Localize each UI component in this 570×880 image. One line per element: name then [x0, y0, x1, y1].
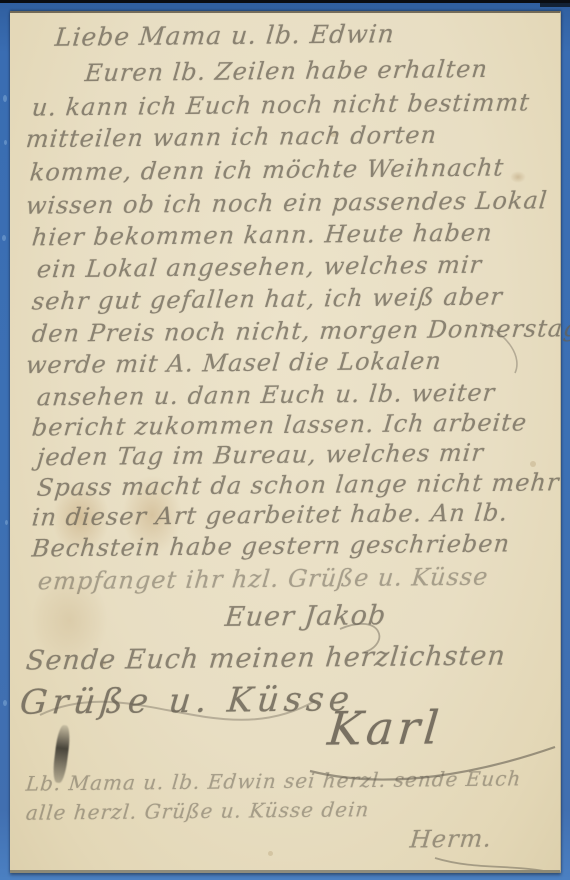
border-wear-speck — [3, 95, 7, 102]
handwriting-line: Euren lb. Zeilen habe erhalten — [84, 55, 490, 87]
border-wear-speck — [3, 700, 7, 706]
closing-line: Grüße u. Küsse — [18, 679, 356, 723]
handwriting-line: wissen ob ich noch ein passendes Lokal — [25, 186, 549, 219]
age-spot — [268, 851, 273, 856]
postscript-line: alle herzl. Grüße u. Küsse dein — [25, 797, 371, 825]
border-wear-speck — [4, 140, 7, 145]
handwriting-line: ein Lokal angesehen, welches mir — [36, 251, 484, 284]
handwriting-line: mitteilen wann ich nach dorten — [25, 121, 439, 153]
postcard: Liebe Mama u. lb. Edwin Euren lb. Zeilen… — [10, 11, 561, 873]
handwriting-line: hier bekommen kann. Heute haben — [31, 219, 494, 252]
handwriting-line: u. kann ich Euch noch nicht bestimmt — [31, 88, 532, 121]
signature-herm: Herm. — [409, 825, 494, 854]
handwriting-line: jeden Tag im Bureau, welches mir — [36, 439, 486, 472]
handwriting-line: den Preis noch nicht, morgen Donnerstag — [31, 314, 570, 348]
handwriting-line: in dieser Art gearbeitet habe. An lb. — [31, 498, 510, 531]
handwriting-line: sehr gut gefallen hat, ich weiß aber — [31, 283, 504, 316]
border-wear-speck — [2, 235, 6, 241]
scanner-edge-strip-right — [540, 3, 570, 7]
signature-karl: Karl — [325, 700, 445, 755]
scanner-edge-strip — [0, 0, 570, 3]
border-wear-speck — [5, 520, 8, 525]
handwriting-line: bericht zukommen lassen. Ich arbeite — [31, 408, 529, 441]
stain — [510, 171, 526, 183]
handwriting-line: Spass macht da schon lange nicht mehr — [36, 468, 561, 502]
scan-background: Liebe Mama u. lb. Edwin Euren lb. Zeilen… — [0, 0, 570, 880]
handwriting-line: empfanget ihr hzl. Grüße u. Küsse — [37, 563, 490, 596]
salutation-line: Liebe Mama u. lb. Edwin — [54, 19, 397, 52]
handwriting-line: komme, denn ich möchte Weihnacht — [29, 154, 506, 187]
handwriting-line: Euer Jakob — [224, 600, 388, 633]
handwriting-line: werde mit A. Masel die Lokalen — [25, 347, 444, 379]
handwriting-line: Bechstein habe gestern geschrieben — [31, 529, 512, 562]
postscript-line: Lb. Mama u. lb. Edwin sei herzl. sende E… — [25, 766, 523, 795]
age-spot — [530, 461, 536, 467]
handwriting-line: ansehen u. dann Euch u. lb. weiter — [36, 379, 497, 412]
closing-line: Sende Euch meinen herzlichsten — [25, 640, 508, 676]
